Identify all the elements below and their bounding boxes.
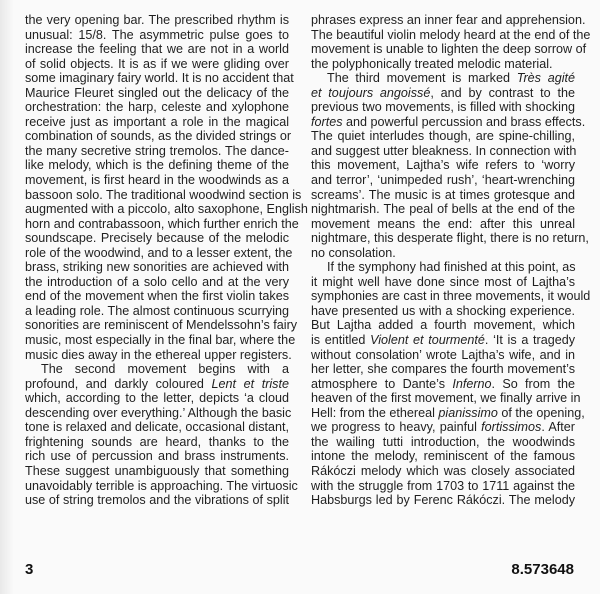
text-line: phrases express an inner fear and appreh…	[311, 13, 575, 28]
text-line: intone the melody, reminiscent of the fa…	[311, 449, 575, 464]
text-line: and terror’, ‘unimpeded rush’, ‘heart-wr…	[311, 173, 575, 188]
italic-term: fortissimos	[481, 420, 541, 434]
text-line: movement is unable to lighten the deep s…	[311, 42, 575, 57]
text-fragment: . After	[541, 420, 575, 434]
text-fragment: . ‘It is a tragedy	[485, 333, 575, 347]
text-line: the introduction of a solo cello and at …	[25, 275, 289, 290]
text-line: like melody, which is the defining theme…	[25, 158, 289, 173]
italic-term: Inferno	[452, 377, 491, 391]
text-line: the very opening bar. The prescribed rhy…	[25, 13, 289, 28]
text-line: soundscape. Precisely because of the mel…	[25, 231, 289, 246]
text-line: without consolation’ wrote Lajtha’s wife…	[311, 348, 575, 363]
text-line: her letter, she compares the fourth move…	[311, 362, 575, 377]
text-fragment: profound, and darkly coloured	[25, 377, 212, 391]
text-column-left: the very opening bar. The prescribed rhy…	[25, 13, 289, 508]
booklet-page: the very opening bar. The prescribed rhy…	[0, 0, 600, 594]
text-line: we progress to heavy, painful fortissimo…	[311, 420, 575, 435]
text-line: the many secretive string tremolos. The …	[25, 144, 289, 159]
text-line: the polyphonically treated melodic mater…	[311, 57, 575, 72]
text-line: The beautiful violin melody heard at the…	[311, 28, 575, 43]
text-fragment: we progress to heavy, painful	[311, 420, 481, 434]
catalogue-number: 8.573648	[511, 561, 574, 578]
text-line: movement, is first heard in the woodwind…	[25, 173, 289, 188]
text-line: role of the woodwind, and to a lesser ex…	[25, 246, 289, 261]
text-line: tone is relaxed and delicate, occasional…	[25, 420, 289, 435]
text-line: some imaginary fairy world. It is no acc…	[25, 71, 289, 86]
italic-term: pianissimo	[438, 406, 498, 420]
text-line: Maurice Fleuret singled out the delicacy…	[25, 86, 289, 101]
text-line: movement means the end: after this unrea…	[311, 217, 575, 232]
text-fragment: , and by contrast to the	[430, 86, 575, 100]
italic-term: Lent et triste	[212, 377, 290, 391]
text-line: brass, striking new sonorities are achie…	[25, 260, 289, 275]
text-line: of solid objects. It is as if we were gl…	[25, 57, 289, 72]
text-line: bassoon solo. The traditional woodwind s…	[25, 188, 289, 203]
italic-term: et toujours angoissé	[311, 86, 430, 100]
text-line: augmented with a piccolo, alto saxophone…	[25, 202, 289, 217]
text-line: descending over everything.’ Although th…	[25, 406, 289, 421]
text-line: horn and contrabassoon, which further en…	[25, 217, 289, 232]
text-fragment: . So from the	[492, 377, 575, 391]
paragraph-start-line: The third movement is marked Très agité	[311, 71, 575, 86]
text-line: heaven of the first movement, we finally…	[311, 391, 575, 406]
text-line: nightmarish. The peal of bells at the en…	[311, 202, 575, 217]
page-number: 3	[25, 561, 33, 578]
text-line: a leading role. The almost continuous sc…	[25, 304, 289, 319]
text-line: Rákóczi melody which was closely associa…	[311, 464, 575, 479]
text-line: atmosphere to Dante’s Inferno. So from t…	[311, 377, 575, 392]
text-fragment: atmosphere to Dante’s	[311, 377, 452, 391]
text-line: it might well have done since most of La…	[311, 275, 575, 290]
text-line: end of the movement when the first violi…	[25, 289, 289, 304]
text-line: screams’. The music is at times grotesqu…	[311, 188, 575, 203]
text-line: nightmare, this desperate flight, there …	[311, 231, 575, 246]
text-line: have presented us with a shocking experi…	[311, 304, 575, 319]
text-fragment: and powerful percussion and brass effect…	[343, 115, 586, 129]
text-line: sonorities are reminiscent of Mendelssoh…	[25, 318, 289, 333]
text-line: unavoidably terrible is approaching. The…	[25, 479, 289, 494]
text-line: profound, and darkly coloured Lent et tr…	[25, 377, 289, 392]
paragraph-start-line: If the symphony had finished at this poi…	[311, 260, 575, 275]
text-line: The quiet interludes though, are spine-c…	[311, 129, 575, 144]
italic-term: Violent et tourmenté	[370, 333, 485, 347]
text-line: with the struggle from 1703 to 1711 agai…	[311, 479, 575, 494]
text-fragment: Hell: from the ethereal	[311, 406, 438, 420]
text-line: increase the feeling that we are not in …	[25, 42, 289, 57]
text-column-right: phrases express an inner fear and appreh…	[311, 13, 575, 508]
text-line: symphonies are cast in three movements, …	[311, 289, 575, 304]
text-line: et toujours angoissé, and by contrast to…	[311, 86, 575, 101]
text-line: this movement, Lajtha’s wife refers to ‘…	[311, 158, 575, 173]
text-line: But Lajtha added a fourth movement, whic…	[311, 318, 575, 333]
text-fragment: The third movement is marked	[327, 71, 517, 85]
text-line: combination of sounds, as the divided st…	[25, 129, 289, 144]
text-line: music, most especially in the final bar,…	[25, 333, 289, 348]
text-line: which, according to the letter, depicts …	[25, 391, 289, 406]
text-line: the wailing tutti introduction, the wood…	[311, 435, 575, 450]
text-line: music dies away in the ethereal upper re…	[25, 348, 289, 363]
italic-term: Très agité	[517, 71, 575, 85]
text-fragment: of the opening,	[498, 406, 585, 420]
text-line: frightening sounds are heard, thanks to …	[25, 435, 289, 450]
text-line: Hell: from the ethereal pianissimo of th…	[311, 406, 575, 421]
paragraph-start-line: The second movement begins with a	[25, 362, 289, 377]
text-line: no consolation.	[311, 246, 575, 261]
text-line: receive just as important a role in the …	[25, 115, 289, 130]
text-fragment: is entitled	[311, 333, 370, 347]
text-line: orchestration: the harp, celeste and xyl…	[25, 100, 289, 115]
text-line: unusual: 15/8. The asymmetric pulse goes…	[25, 28, 289, 43]
text-line: use of string tremolos and the vibration…	[25, 493, 289, 508]
text-line: and suggest utter bleakness. In connecti…	[311, 144, 575, 159]
italic-term: fortes	[311, 115, 343, 129]
text-line: previous two movements, is filled with s…	[311, 100, 575, 115]
text-line: These suggest unambiguously that somethi…	[25, 464, 289, 479]
text-line: rich use of percussion and brass instrum…	[25, 449, 289, 464]
text-line: Habsburgs led by Ferenc Rákóczi. The mel…	[311, 493, 575, 508]
text-line: fortes and powerful percussion and brass…	[311, 115, 575, 130]
text-line: is entitled Violent et tourmenté. ‘It is…	[311, 333, 575, 348]
